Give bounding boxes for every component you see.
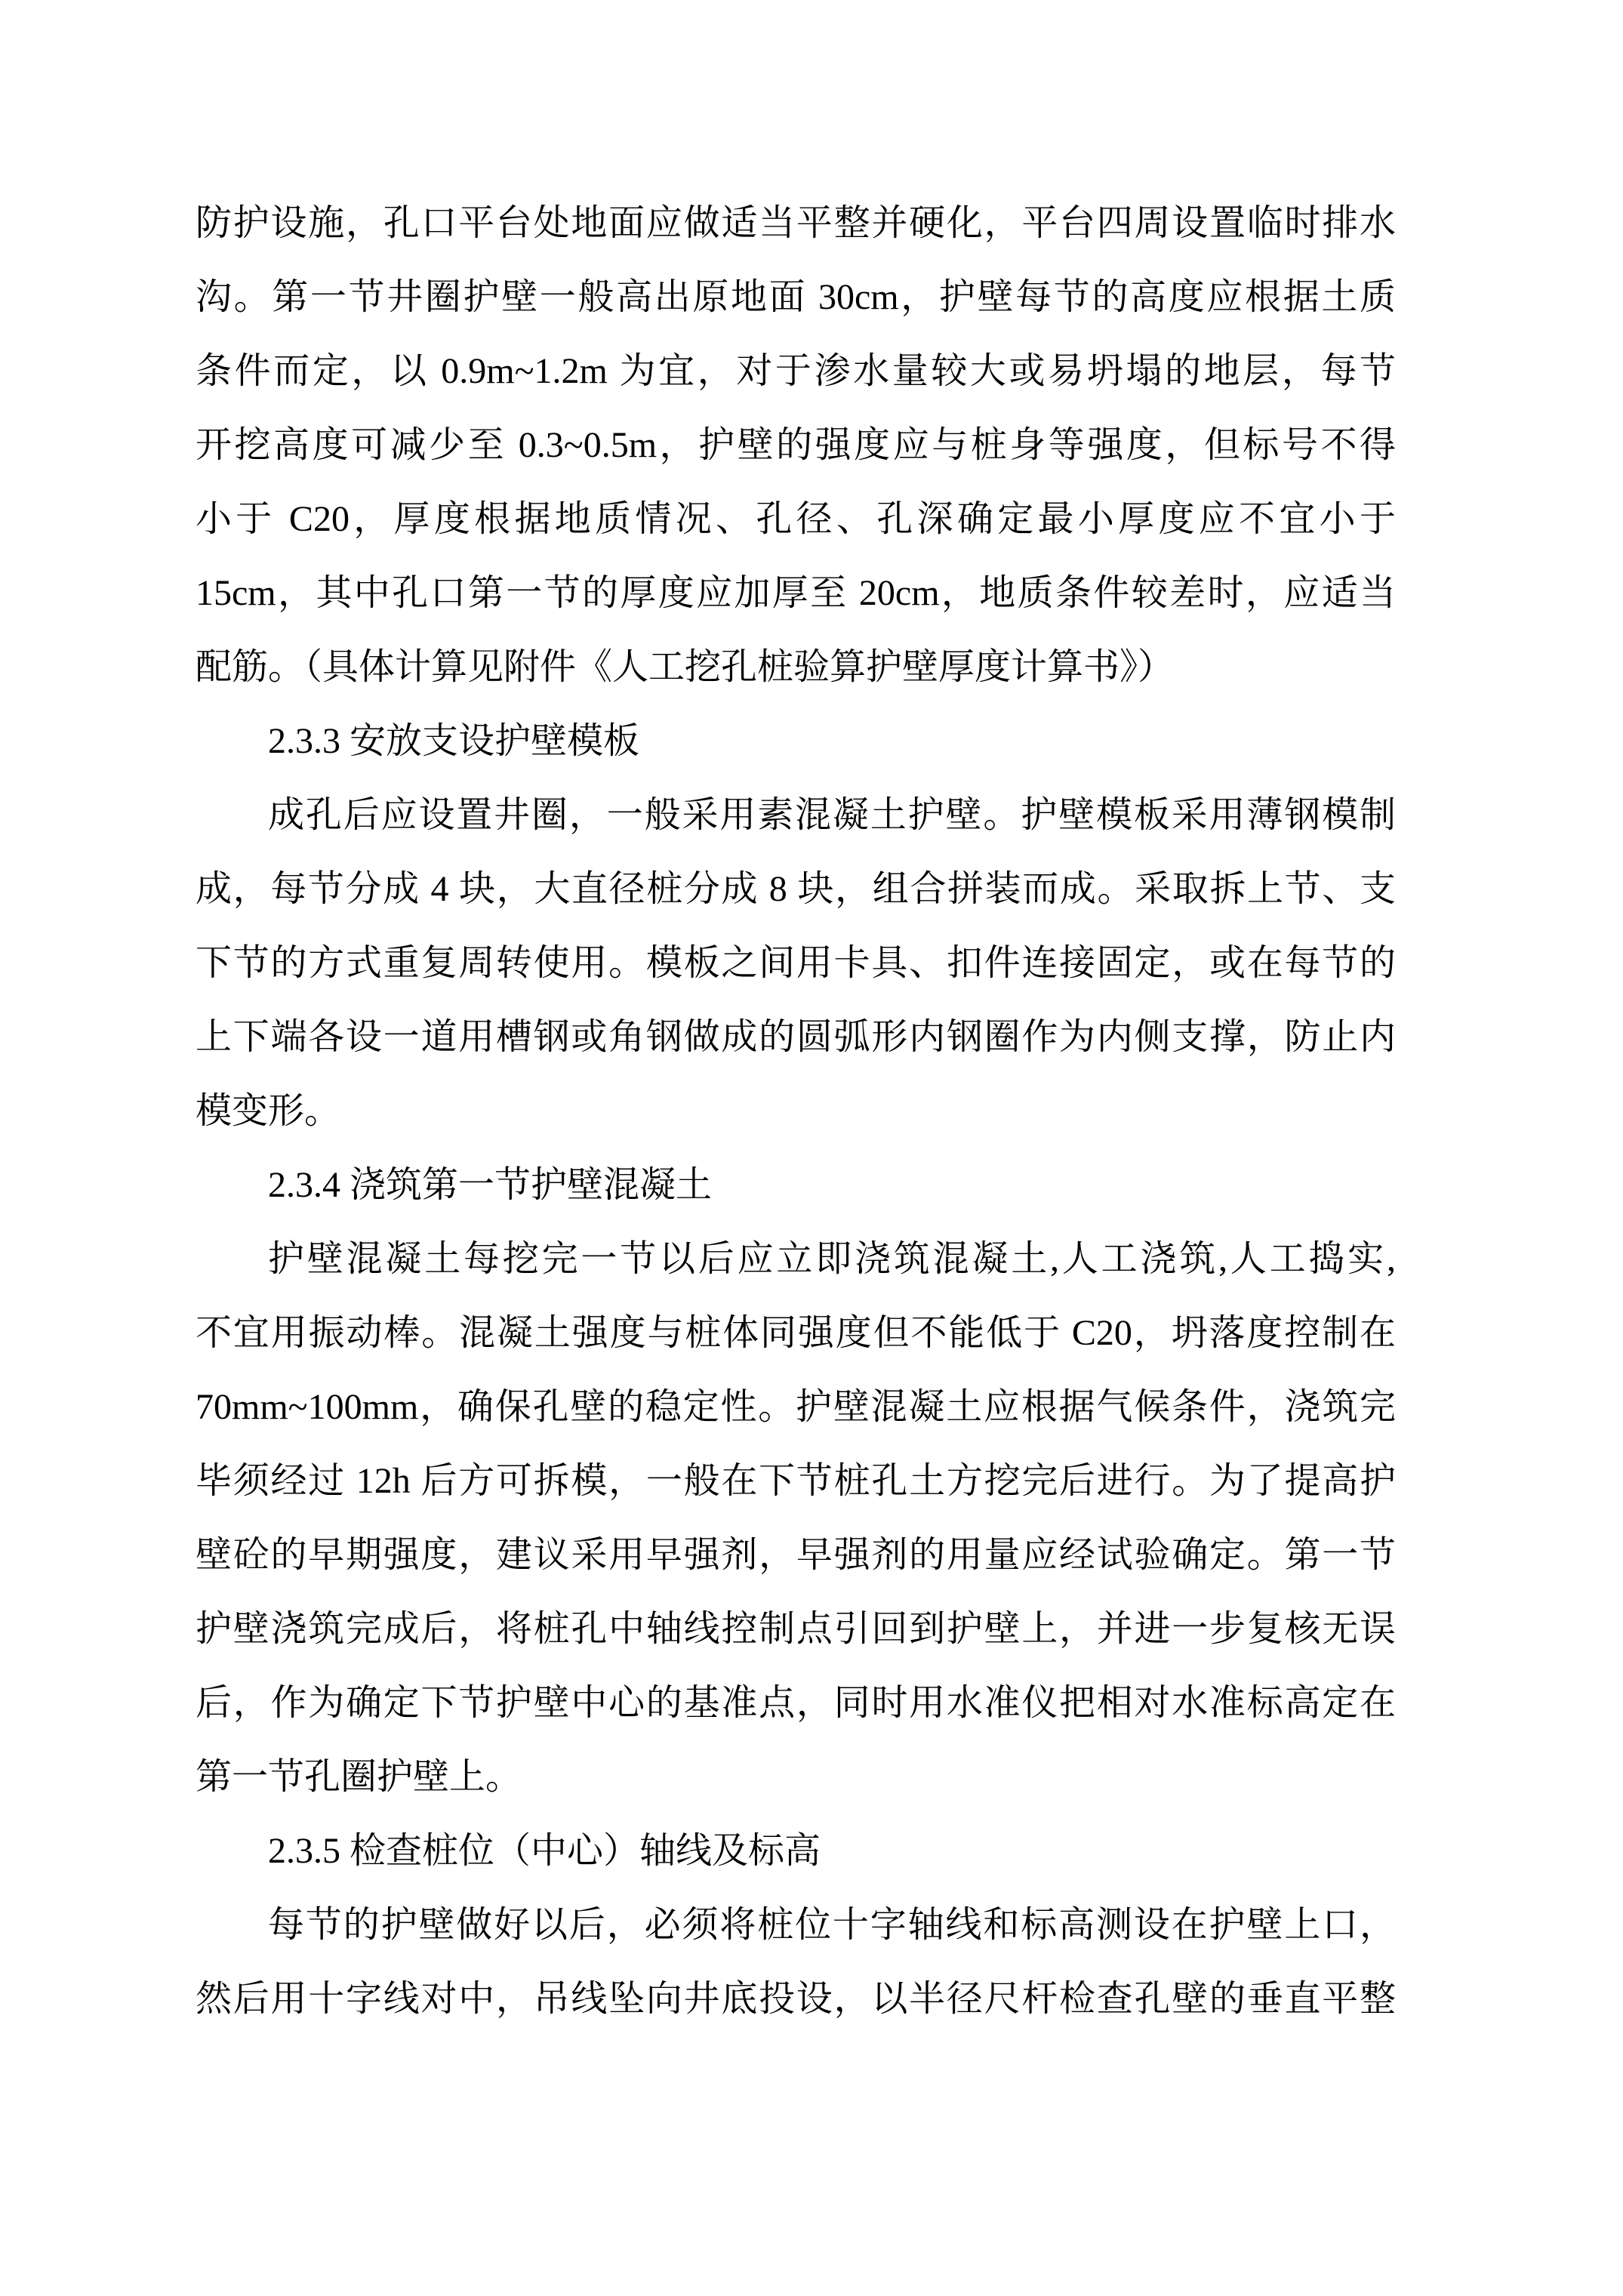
- text-line: 不宜用振动棒。混凝土强度与桩体同强度但不能低于 C20，坍落度控制在: [196, 1296, 1396, 1370]
- text-line: 护壁浇筑完成后，将桩孔中轴线控制点引回到护壁上，并进一步复核无误: [196, 1592, 1396, 1666]
- paragraph: 护壁混凝土每挖完一节以后应立即浇筑混凝土,人工浇筑,人工捣实,不宜用振动棒。混凝…: [196, 1222, 1396, 1814]
- section-heading: 2.3.5 检查桩位（中心）轴线及标高: [196, 1814, 1396, 1888]
- text-line: 壁砼的早期强度，建议采用早强剂，早强剂的用量应经试验确定。第一节: [196, 1518, 1396, 1592]
- paragraph: 成孔后应设置井圈，一般采用素混凝土护壁。护壁模板采用薄钢模制成，每节分成 4 块…: [196, 778, 1396, 1148]
- text-line: 护壁混凝土每挖完一节以后应立即浇筑混凝土,人工浇筑,人工捣实,: [196, 1222, 1396, 1296]
- paragraph: 防护设施，孔口平台处地面应做适当平整并硬化，平台四周设置临时排水沟。第一节井圈护…: [196, 186, 1396, 704]
- heading-line: 2.3.4 浇筑第一节护壁混凝土: [196, 1148, 1396, 1222]
- section-heading: 2.3.3 安放支设护壁模板: [196, 704, 1396, 778]
- section-heading: 2.3.4 浇筑第一节护壁混凝土: [196, 1148, 1396, 1222]
- text-line: 沟。第一节井圈护壁一般高出原地面 30cm，护壁每节的高度应根据土质: [196, 260, 1396, 334]
- text-line: 开挖高度可减少至 0.3~0.5m，护壁的强度应与桩身等强度，但标号不得: [196, 408, 1396, 482]
- document-page: 防护设施，孔口平台处地面应做适当平整并硬化，平台四周设置临时排水沟。第一节井圈护…: [0, 0, 1623, 2296]
- text-line: 下节的方式重复周转使用。模板之间用卡具、扣件连接固定，或在每节的: [196, 926, 1396, 1000]
- text-line: 小于 C20，厚度根据地质情况、孔径、孔深确定最小厚度应不宜小于: [196, 482, 1396, 556]
- text-line: 模变形。: [196, 1074, 1396, 1148]
- text-line: 每节的护壁做好以后，必须将桩位十字轴线和标高测设在护壁上口，: [196, 1888, 1396, 1962]
- text-line: 15cm，其中孔口第一节的厚度应加厚至 20cm，地质条件较差时，应适当: [196, 556, 1396, 630]
- text-line: 配筋。（具体计算见附件《人工挖孔桩验算护壁厚度计算书》）: [196, 630, 1396, 704]
- document-body: 防护设施，孔口平台处地面应做适当平整并硬化，平台四周设置临时排水沟。第一节井圈护…: [196, 186, 1396, 2036]
- text-line: 上下端各设一道用槽钢或角钢做成的圆弧形内钢圈作为内侧支撑，防止内: [196, 1000, 1396, 1074]
- text-line: 70mm~100mm，确保孔壁的稳定性。护壁混凝土应根据气候条件，浇筑完: [196, 1370, 1396, 1444]
- text-line: 防护设施，孔口平台处地面应做适当平整并硬化，平台四周设置临时排水: [196, 186, 1396, 260]
- text-line: 后，作为确定下节护壁中心的基准点，同时用水准仪把相对水准标高定在: [196, 1666, 1396, 1740]
- text-line: 成，每节分成 4 块，大直径桩分成 8 块，组合拼装而成。采取拆上节、支: [196, 852, 1396, 926]
- text-line: 毕须经过 12h 后方可拆模，一般在下节桩孔土方挖完后进行。为了提高护: [196, 1444, 1396, 1518]
- text-line: 成孔后应设置井圈，一般采用素混凝土护壁。护壁模板采用薄钢模制: [196, 778, 1396, 852]
- paragraph: 每节的护壁做好以后，必须将桩位十字轴线和标高测设在护壁上口，然后用十字线对中，吊…: [196, 1888, 1396, 2036]
- heading-line: 2.3.5 检查桩位（中心）轴线及标高: [196, 1814, 1396, 1888]
- heading-line: 2.3.3 安放支设护壁模板: [196, 704, 1396, 778]
- text-line: 条件而定，以 0.9m~1.2m 为宜，对于渗水量较大或易坍塌的地层，每节: [196, 334, 1396, 408]
- text-line: 第一节孔圈护壁上。: [196, 1740, 1396, 1814]
- text-line: 然后用十字线对中，吊线坠向井底投设，以半径尺杆检查孔壁的垂直平整: [196, 1962, 1396, 2036]
